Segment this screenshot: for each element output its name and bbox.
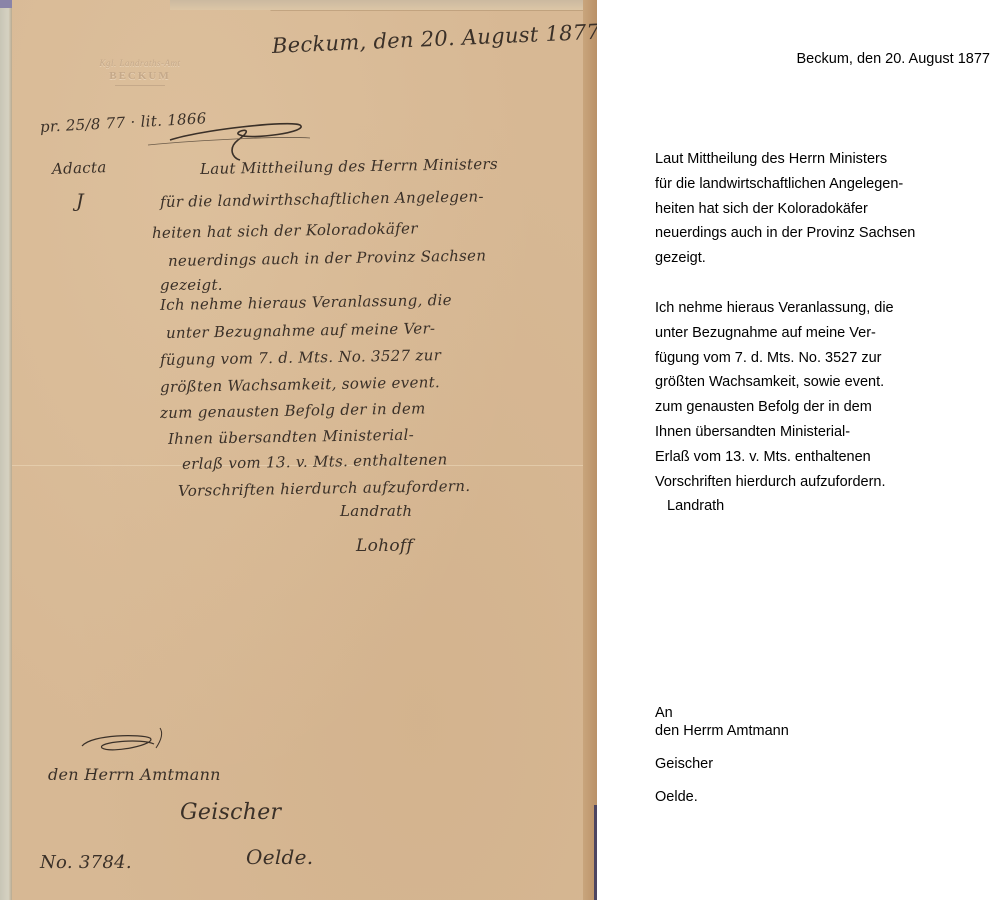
handwritten-body-line: gezeigt. — [160, 276, 223, 294]
binding-strip — [0, 0, 12, 900]
transcription-address: An den Herrm Amtmann Geischer Oelde. — [655, 704, 789, 806]
handwritten-address-recipient: den Herrn Amtmann — [48, 765, 221, 784]
transcription-line: unter Bezugnahme auf meine Ver- — [655, 321, 894, 346]
transcription-line: Ihnen übersandten Ministerial- — [655, 420, 894, 445]
handwritten-title-landrath: Landrath — [340, 502, 412, 520]
transcription-line: fügung vom 7. d. Mts. No. 3527 zur — [655, 346, 894, 371]
scanned-letter-image: Kgl. Landraths-Amt BECKUM Beckum, den 20… — [0, 0, 597, 900]
transcription-line: für die landwirtschaftlichen Angelegen- — [655, 172, 915, 197]
address-recipient: den Herrm Amtmann — [655, 722, 789, 740]
transcription-paragraph-1: Laut Mittheilung des Herrn Ministers für… — [655, 147, 915, 271]
stamp-rule — [115, 85, 165, 86]
transcription-line: größten Wachsamkeit, sowie event. — [655, 370, 894, 395]
transcription-paragraph-2: Ich nehme hieraus Veranlassung, die unte… — [655, 296, 894, 519]
handwritten-margin-initial: J — [76, 190, 84, 212]
transcription-line: Vorschriften hierdurch aufzufordern. — [655, 470, 894, 495]
transcription-date: Beckum, den 20. August 1877 — [797, 50, 990, 68]
handwritten-document-number: No. 3784. — [40, 852, 132, 873]
stamp-office: Kgl. Landraths-Amt — [70, 58, 210, 68]
transcription-line: Laut Mittheilung des Herrn Ministers — [655, 147, 915, 172]
address-name: Geischer — [655, 755, 789, 773]
transcription-line: Ich nehme hieraus Veranlassung, die — [655, 296, 894, 321]
address-place: Oelde. — [655, 788, 789, 806]
top-edge-strip — [170, 0, 597, 10]
transcription-line: Erlaß vom 13. v. Mts. enthaltenen — [655, 445, 894, 470]
stamp-town: BECKUM — [70, 70, 210, 82]
transcription-panel: Beckum, den 20. August 1877 Laut Mitthei… — [597, 0, 996, 900]
handwritten-address-name: Geischer — [180, 800, 281, 825]
handwritten-address-place: Oelde. — [246, 845, 313, 869]
right-page-edge — [583, 0, 597, 900]
transcription-line: gezeigt. — [655, 246, 915, 271]
handwritten-margin-note: Adacta — [52, 158, 107, 178]
embossed-office-stamp: Kgl. Landraths-Amt BECKUM — [70, 58, 210, 86]
address-an: An — [655, 704, 789, 722]
transcription-signature: Landrath — [655, 494, 894, 519]
handwritten-signature: Lohoff — [356, 536, 413, 556]
transcription-line: heiten hat sich der Koloradokäfer — [655, 197, 915, 222]
transcription-line: zum genausten Befolg der in dem — [655, 395, 894, 420]
transcription-line: neuerdings auch in der Provinz Sachsen — [655, 221, 915, 246]
